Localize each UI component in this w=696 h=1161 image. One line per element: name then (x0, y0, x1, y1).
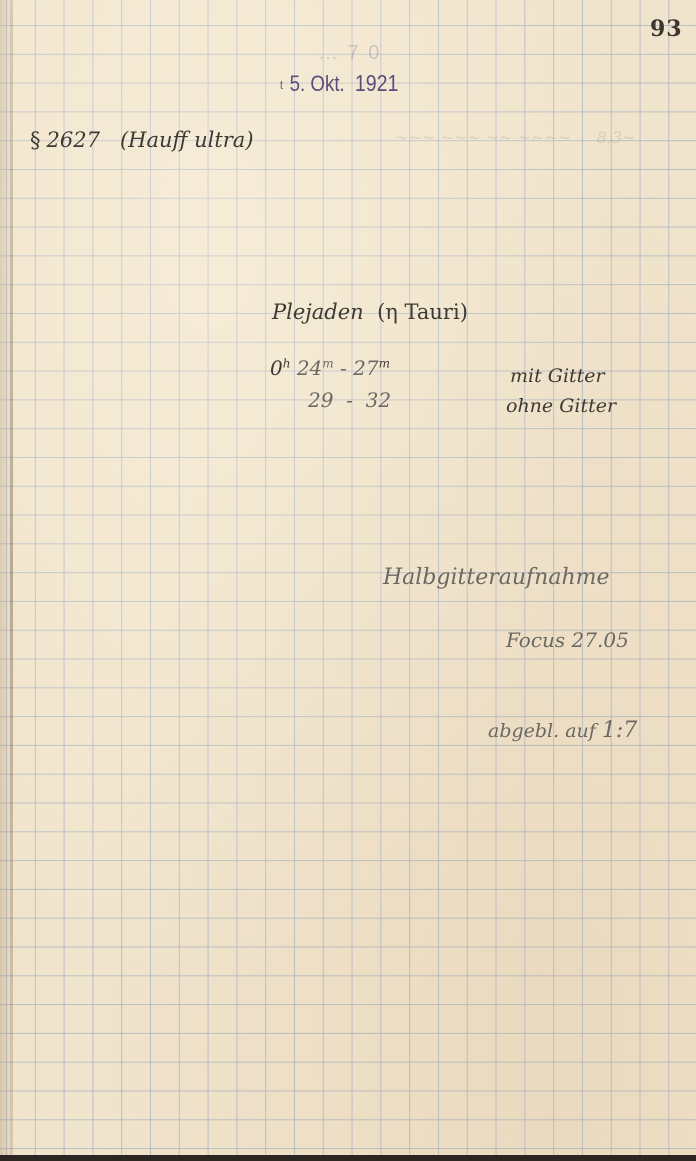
paragraph-sign: § (30, 128, 41, 152)
diaphragm-value: 1:7 (602, 718, 637, 743)
page-number: 93 (650, 16, 683, 42)
reference-line: §2627 (Hauff ultra) (30, 128, 254, 152)
time-row-1: 0h 24m - 27m (270, 356, 390, 380)
scan-bottom-edge (0, 1155, 696, 1161)
stamp-year: 1921 (355, 70, 398, 96)
exposure-type: Halbgitteraufnahme (383, 565, 610, 590)
minute-unit: m (379, 356, 390, 370)
start-hour: 0 (270, 356, 283, 380)
date-stamp: t5. Okt.1921 (280, 70, 398, 97)
note-with-grating: mit Gitter (510, 365, 605, 387)
diaphragm-label: abgebl. auf (488, 720, 596, 742)
binding-edge (10, 0, 13, 1155)
reference-label: (Hauff ultra) (120, 128, 254, 152)
minute-unit: m (322, 356, 333, 370)
note-without-grating: ohne Gitter (506, 395, 616, 417)
observation-object: (η Tauri) (377, 300, 468, 324)
start-minutes: 24 (297, 356, 322, 380)
end-minutes: 27 (353, 356, 378, 380)
observation-target: Plejaden (272, 300, 364, 324)
stamp-date: 5. Okt. (290, 71, 345, 96)
stamp-prefix: t (280, 78, 283, 92)
focus-value: 27.05 (572, 628, 629, 652)
range-separator: - (346, 388, 353, 412)
stamp-faint-overprint: … 7 0 (318, 42, 381, 65)
focus-note: Focus 27.05 (506, 628, 629, 652)
end-minutes: 32 (366, 388, 391, 412)
hour-unit: h (283, 356, 291, 370)
bleed-through-text: ~~~ ~~~ ~~ ~~~~ 8,3~ (395, 128, 635, 147)
focus-label: Focus (506, 628, 565, 652)
diaphragm-note: abgebl. auf 1:7 (488, 718, 637, 743)
observation-title: Plejaden (η Tauri) (272, 300, 468, 324)
notebook-page: 93 … 7 0 t5. Okt.1921 §2627 (Hauff ultra… (0, 0, 696, 1155)
range-separator: - (340, 356, 347, 380)
time-row-2: 29 - 32 (308, 388, 391, 412)
start-minutes: 29 (308, 388, 333, 412)
reference-number: 2627 (47, 128, 100, 152)
